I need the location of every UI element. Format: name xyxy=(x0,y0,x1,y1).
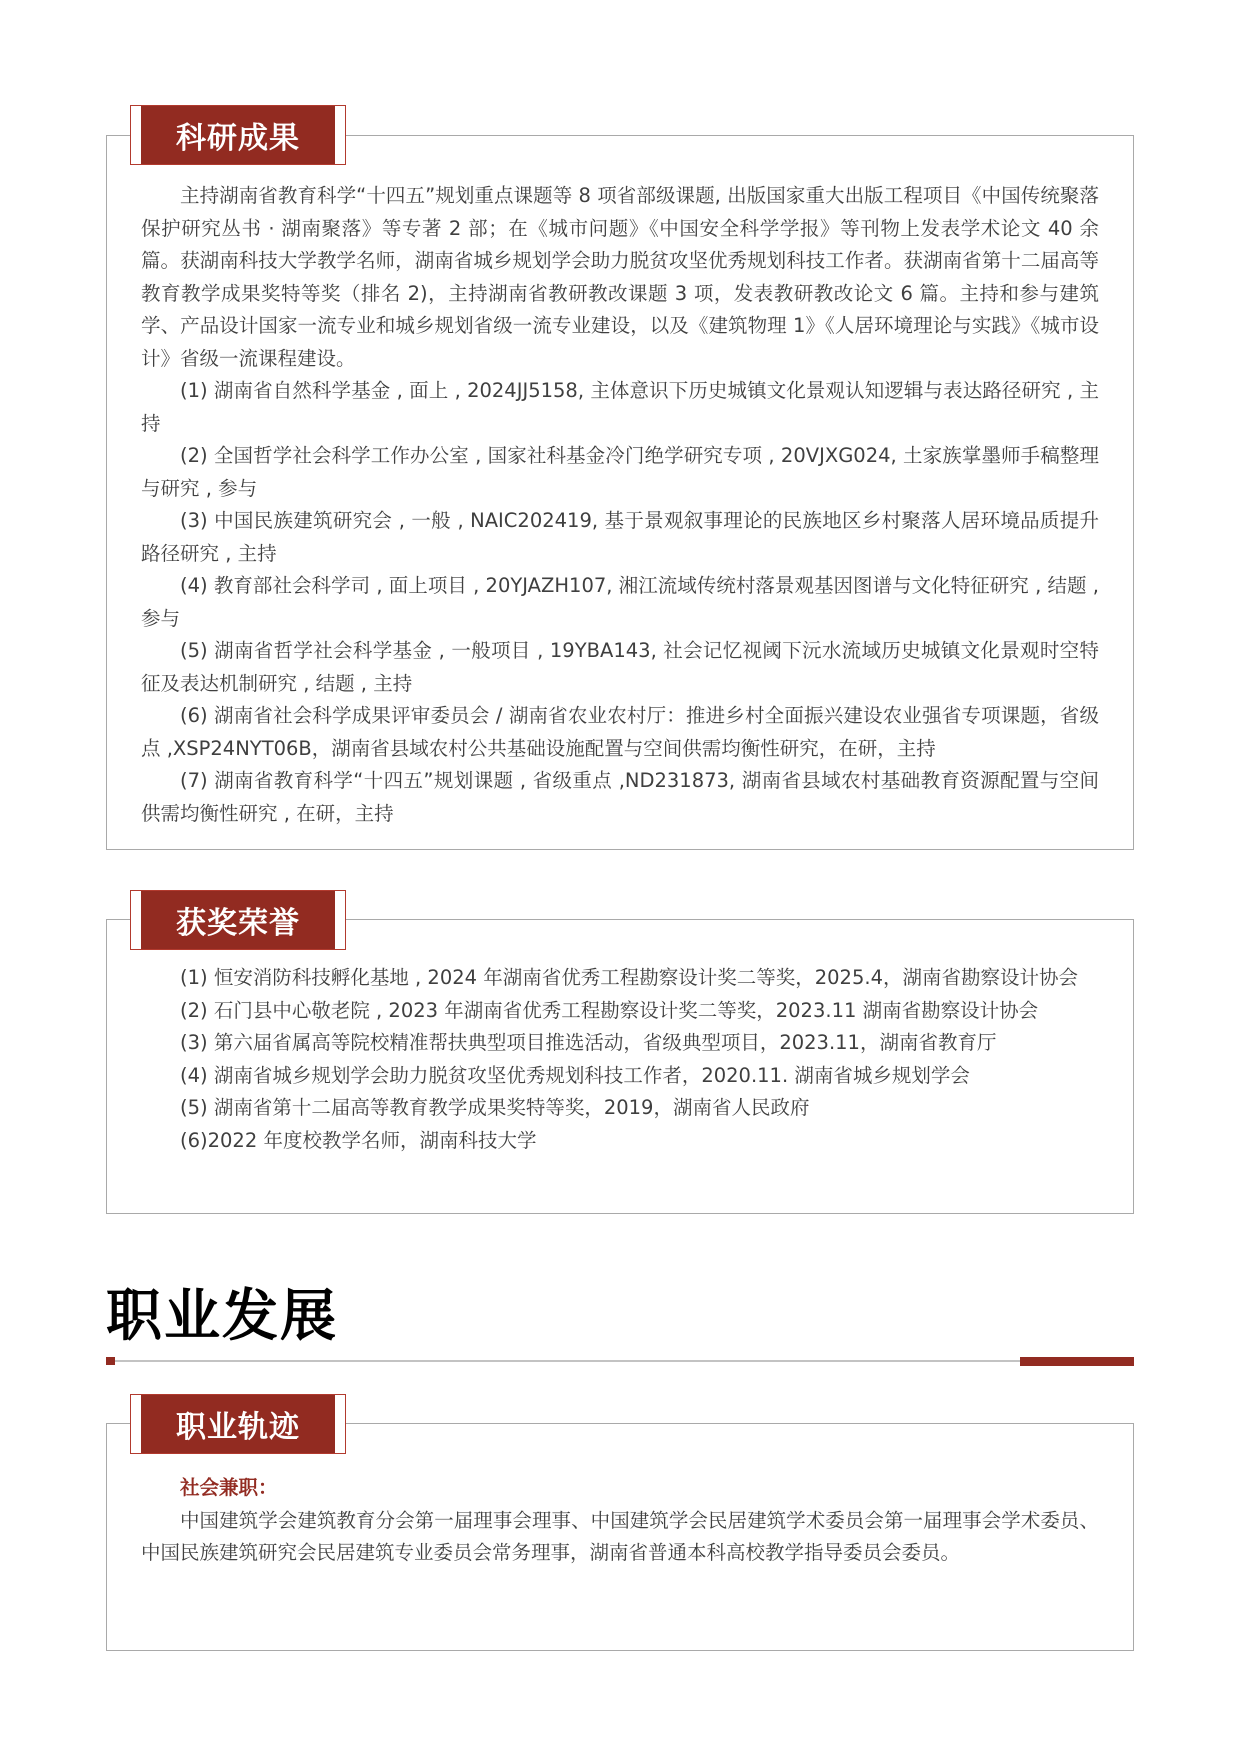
award-item: (4) 湖南省城乡规划学会助力脱贫攻坚优秀规划科技工作者，2020.11. 湖南… xyxy=(141,1060,1099,1093)
research-project-item: (1) 湖南省自然科学基金 , 面上 , 2024JJ5158, 主体意识下历史… xyxy=(141,375,1099,440)
award-item: (2) 石门县中心敬老院 , 2023 年湖南省优秀工程勘察设计奖二等奖，202… xyxy=(141,995,1099,1028)
research-content: 主持湖南省教育科学“十四五”规划重点课题等 8 项省部级课题, 出版国家重大出版… xyxy=(107,136,1133,830)
research-badge-label: 科研成果 xyxy=(141,106,335,164)
career-sub-heading: 社会兼职： xyxy=(141,1472,1099,1505)
award-item: (5) 湖南省第十二届高等教育教学成果奖特等奖，2019，湖南省人民政府 xyxy=(141,1092,1099,1125)
research-project-item: (3) 中国民族建筑研究会 , 一般 , NAIC202419, 基于景观叙事理… xyxy=(141,505,1099,570)
research-panel: 主持湖南省教育科学“十四五”规划重点课题等 8 项省部级课题, 出版国家重大出版… xyxy=(106,135,1134,850)
research-intro: 主持湖南省教育科学“十四五”规划重点课题等 8 项省部级课题, 出版国家重大出版… xyxy=(141,180,1099,375)
awards-panel: (1) 恒安消防科技孵化基地 , 2024 年湖南省优秀工程勘察设计奖二等奖，2… xyxy=(106,919,1134,1214)
divider-accent-bar xyxy=(1020,1357,1134,1366)
research-project-item: (4) 教育部社会科学司 , 面上项目 , 20YJAZH107, 湘江流域传统… xyxy=(141,570,1099,635)
award-item: (3) 第六届省属高等院校精准帮扶典型项目推选活动，省级典型项目，2023.11… xyxy=(141,1027,1099,1060)
divider-square xyxy=(106,1357,115,1365)
career-badge: 职业轨迹 xyxy=(130,1394,346,1454)
awards-content: (1) 恒安消防科技孵化基地 , 2024 年湖南省优秀工程勘察设计奖二等奖，2… xyxy=(107,920,1133,1157)
research-project-item: (5) 湖南省哲学社会科学基金 , 一般项目 , 19YBA143, 社会记忆视… xyxy=(141,635,1099,700)
divider-line xyxy=(115,1360,1020,1362)
career-section-title: 职业发展 xyxy=(106,1272,338,1352)
research-project-item: (6) 湖南省社会科学成果评审委员会 / 湖南省农业农村厅：推进乡村全面振兴建设… xyxy=(141,700,1099,765)
research-badge: 科研成果 xyxy=(130,105,346,165)
research-project-item: (7) 湖南省教育科学“十四五”规划课题 , 省级重点 ,ND231873, 湖… xyxy=(141,765,1099,830)
research-project-item: (2) 全国哲学社会科学工作办公室 , 国家社科基金冷门绝学研究专项 , 20V… xyxy=(141,440,1099,505)
awards-badge-label: 获奖荣誉 xyxy=(141,891,335,949)
career-panel: 社会兼职： 中国建筑学会建筑教育分会第一届理事会理事、中国建筑学会民居建筑学术委… xyxy=(106,1423,1134,1651)
award-item: (1) 恒安消防科技孵化基地 , 2024 年湖南省优秀工程勘察设计奖二等奖，2… xyxy=(141,962,1099,995)
awards-badge: 获奖荣誉 xyxy=(130,890,346,950)
award-item: (6)2022 年度校教学名师，湖南科技大学 xyxy=(141,1125,1099,1158)
career-badge-label: 职业轨迹 xyxy=(141,1395,335,1453)
career-text: 中国建筑学会建筑教育分会第一届理事会理事、中国建筑学会民居建筑学术委员会第一届理… xyxy=(141,1505,1099,1570)
